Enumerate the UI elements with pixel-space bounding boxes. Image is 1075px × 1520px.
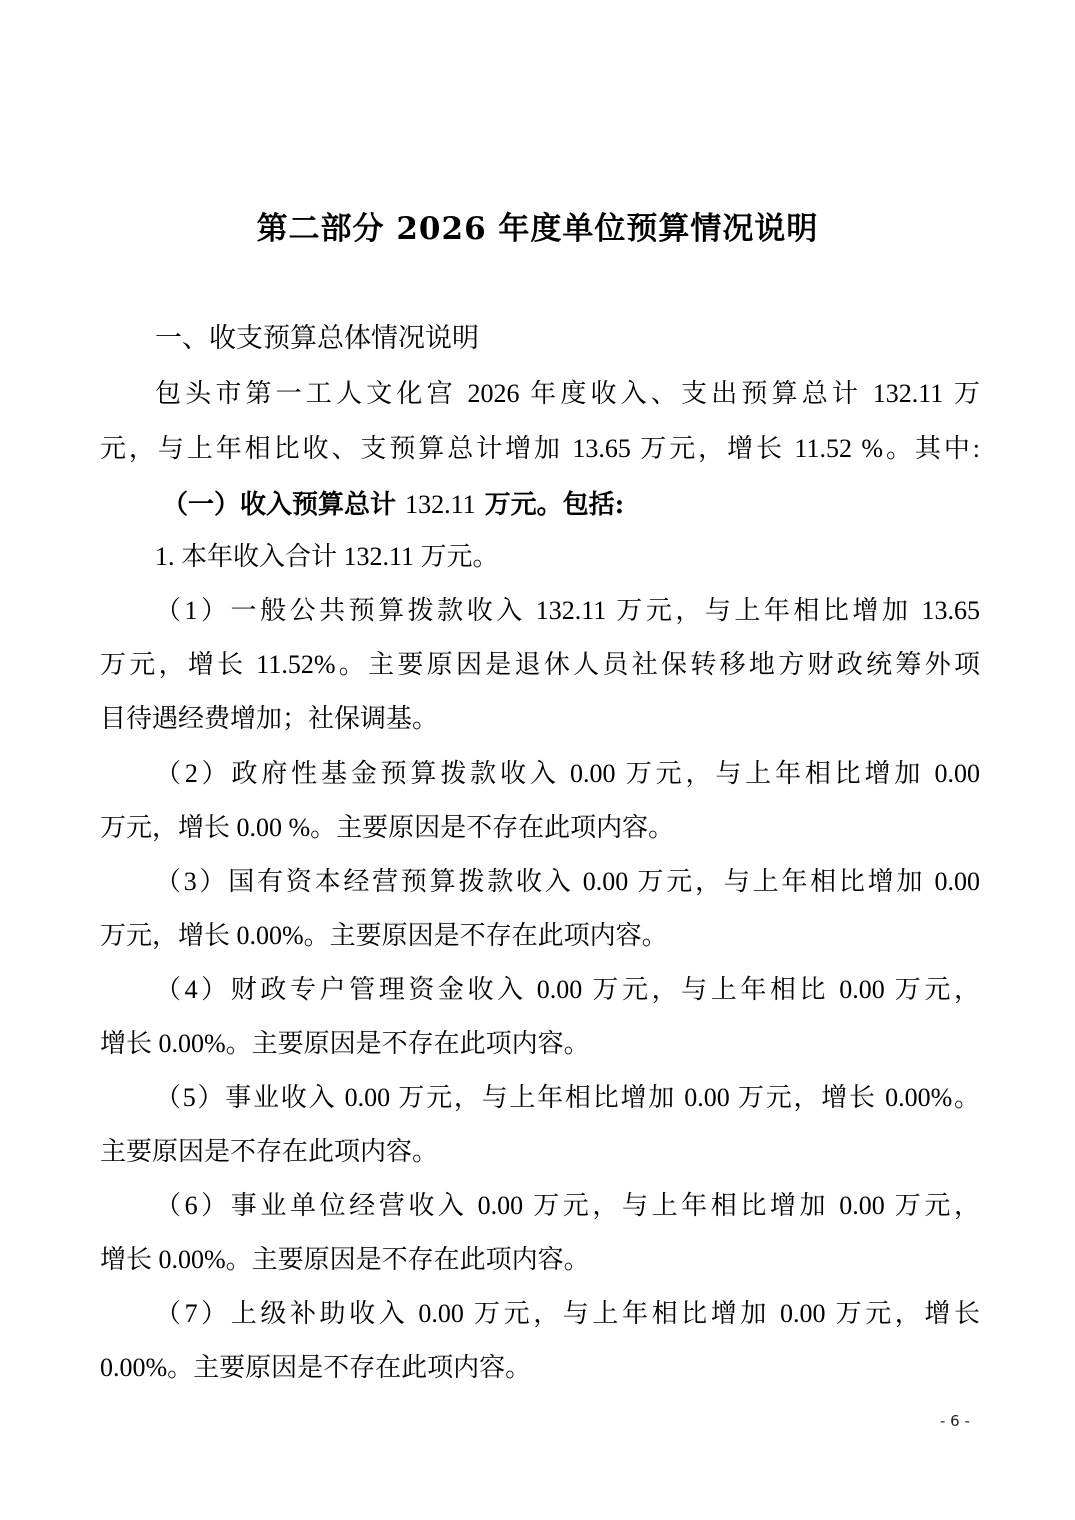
item-1-line-3: 目待遇经费增加；社保调基。 [100,701,980,737]
page-title: 第二部分 2026 年度单位预算情况说明 [0,205,1075,253]
item-6-line-1: （6）事业单位经营收入 0.00 万元，与上年相比增加 0.00 万元， [155,1188,980,1224]
item-5-line-2: 主要原因是不存在此项内容。 [100,1134,980,1170]
item-1-line-1: （1）一般公共预算拨款收入 132.11 万元，与上年相比增加 13.65 [155,593,980,629]
item-4-line-1: （4）财政专户管理资金收入 0.00 万元，与上年相比 0.00 万元， [155,972,980,1008]
item-5-line-1: （5）事业收入 0.00 万元，与上年相比增加 0.00 万元，增长 0.00%… [155,1080,980,1116]
subheading-prefix: （一）收入预算总计 [162,490,405,520]
intro-line-2: 元，与上年相比收、支预算总计增加 13.65 万元，增长 11.52 %。其中: [100,431,980,467]
income-total: 1. 本年收入合计 132.11 万元。 [155,539,980,575]
item-7-line-1: （7）上级补助收入 0.00 万元，与上年相比增加 0.00 万元，增长 [155,1296,980,1332]
subheading-amount: 132.11 [405,490,476,519]
document-page: 第二部分 2026 年度单位预算情况说明 一、收支预算总体情况说明 包头市第一工… [0,0,1075,1520]
item-4-line-2: 增长 0.00%。主要原因是不存在此项内容。 [100,1026,980,1062]
income-subheading: （一）收入预算总计 132.11 万元。包括: [162,487,624,523]
item-2-line-2: 万元，增长 0.00 %。主要原因是不存在此项内容。 [100,810,980,846]
item-7-line-2: 0.00%。主要原因是不存在此项内容。 [100,1350,980,1386]
item-1-line-2: 万元，增长 11.52%。主要原因是退休人员社保转移地方财政统筹外项 [100,647,980,683]
intro-line-1: 包头市第一工人文化宫 2026 年度收入、支出预算总计 132.11 万 [155,376,980,412]
page-number: - 6 - [940,1412,970,1430]
item-3-line-1: （3）国有资本经营预算拨款收入 0.00 万元，与上年相比增加 0.00 [155,864,980,900]
subheading-suffix: 万元。包括: [476,490,625,520]
item-2-line-1: （2）政府性基金预算拨款收入 0.00 万元，与上年相比增加 0.00 [155,756,980,792]
item-3-line-2: 万元，增长 0.00%。主要原因是不存在此项内容。 [100,918,980,954]
section-heading: 一、收支预算总体情况说明 [155,320,479,358]
item-6-line-2: 增长 0.00%。主要原因是不存在此项内容。 [100,1242,980,1278]
